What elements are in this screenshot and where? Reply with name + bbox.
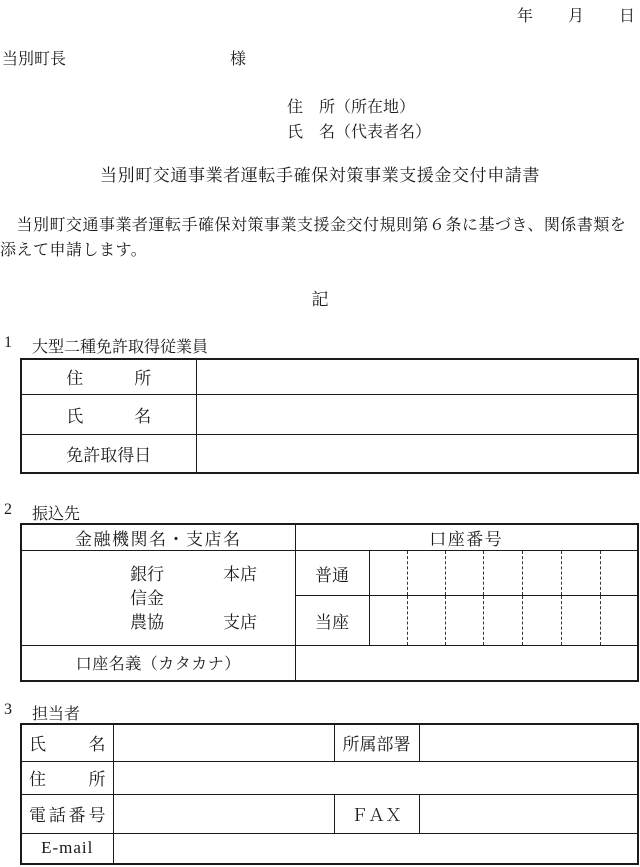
contact-name-field[interactable]	[113, 724, 334, 761]
account-digit-cell[interactable]	[522, 551, 561, 596]
institution-field[interactable]: 銀行 本店 信金 農協 支店	[21, 551, 295, 646]
section2-number: 2	[4, 501, 12, 519]
account-digit-cell[interactable]	[407, 596, 445, 646]
contact-address-field[interactable]	[113, 761, 638, 794]
table-row: E-mail	[21, 833, 638, 864]
employee-name-label: 氏 名	[21, 394, 196, 434]
contact-address-label: 住所	[21, 761, 113, 794]
bank-transfer-table: 金融機関名・支店名 口座番号 銀行 本店 信金 農協 支店 普通	[20, 523, 639, 682]
table-row: 氏 名	[21, 394, 638, 434]
body-paragraph-line2: 添えて申請します。	[0, 237, 147, 260]
honorific-sama: 様	[230, 46, 246, 69]
table-row: 住 所	[21, 359, 638, 394]
account-digit-cell[interactable]	[600, 551, 638, 596]
bank-line: 農協 支店	[22, 613, 295, 633]
email-label: E-mail	[21, 833, 113, 864]
account-digit-cell[interactable]	[483, 596, 522, 646]
applicant-name-label: 氏 名（代表者名）	[287, 119, 431, 142]
addressee-line: 当別町長 様	[0, 46, 640, 68]
body-paragraph-line1: 当別町交通事業者運転手確保対策事業支援金交付規則第６条に基づき、関係書類を	[0, 212, 626, 235]
addressee-mayor: 当別町長	[2, 46, 66, 69]
account-type-current-label: 当座	[295, 596, 369, 646]
institution-type-shinkin: 信金	[130, 589, 164, 609]
account-digit-cell[interactable]	[522, 596, 561, 646]
section1-number: 1	[4, 334, 12, 352]
account-digit-cell[interactable]	[407, 551, 445, 596]
table-header-row: 金融機関名・支店名 口座番号	[21, 524, 638, 551]
table-row: 銀行 本店 信金 農協 支店 普通	[21, 551, 638, 596]
branch-type-head-office: 本店	[223, 565, 257, 585]
department-label: 所属部署	[334, 724, 419, 761]
section3-number: 3	[4, 701, 12, 719]
employee-address-label: 住 所	[21, 359, 196, 394]
contact-table: 氏名 所属部署 住所 電話番号 ＦＡＸ E-mail	[20, 723, 639, 865]
bank-line: 銀行 本店	[22, 565, 295, 585]
account-digit-cell[interactable]	[561, 596, 600, 646]
email-field[interactable]	[113, 833, 638, 864]
section2-heading: 2 振込先	[0, 501, 400, 521]
license-date-field[interactable]	[196, 434, 638, 473]
date-line: 年 月 日	[517, 3, 636, 26]
account-holder-label: 口座名義（カタカナ）	[21, 646, 295, 681]
institution-header: 金融機関名・支店名	[21, 524, 295, 551]
application-form-document: 年 月 日 当別町長 様 住 所（所在地） 氏 名（代表者名） 当別町交通事業者…	[0, 0, 640, 867]
institution-type-nokyo: 農協	[130, 613, 164, 633]
account-digit-cell[interactable]	[561, 551, 600, 596]
branch-type-branch: 支店	[223, 613, 257, 633]
account-digit-cell[interactable]	[445, 596, 483, 646]
institution-type-bank: 銀行	[130, 565, 164, 585]
section1-title: 大型二種免許取得従業員	[32, 334, 208, 357]
applicant-address-label: 住 所（所在地）	[287, 94, 415, 117]
employee-name-field[interactable]	[196, 394, 638, 434]
department-field[interactable]	[419, 724, 638, 761]
account-digit-cell[interactable]	[445, 551, 483, 596]
account-digit-cell[interactable]	[369, 596, 407, 646]
account-digit-cell[interactable]	[483, 551, 522, 596]
table-row: 住所	[21, 761, 638, 794]
phone-label: 電話番号	[21, 794, 113, 833]
account-digit-cell[interactable]	[369, 551, 407, 596]
account-holder-field[interactable]	[295, 646, 638, 681]
table-row: 氏名 所属部署	[21, 724, 638, 761]
table-row: 電話番号 ＦＡＸ	[21, 794, 638, 833]
section3-heading: 3 担当者	[0, 701, 400, 721]
list-marker-ki: 記	[0, 285, 640, 310]
employee-address-field[interactable]	[196, 359, 638, 394]
fax-field[interactable]	[419, 794, 638, 833]
phone-field[interactable]	[113, 794, 334, 833]
fax-label: ＦＡＸ	[334, 794, 419, 833]
section3-title: 担当者	[32, 701, 80, 724]
table-row: 免許取得日	[21, 434, 638, 473]
employee-table: 住 所 氏 名 免許取得日	[20, 358, 639, 474]
bank-line: 信金	[22, 589, 295, 609]
license-date-label: 免許取得日	[21, 434, 196, 473]
section1-heading: 1 大型二種免許取得従業員	[0, 334, 400, 354]
contact-name-label: 氏名	[21, 724, 113, 761]
contact-address-label-text: 住所	[22, 765, 113, 790]
account-number-header: 口座番号	[295, 524, 638, 551]
account-type-ordinary-label: 普通	[295, 551, 369, 596]
account-digit-cell[interactable]	[600, 596, 638, 646]
section2-title: 振込先	[32, 501, 80, 524]
phone-label-text: 電話番号	[22, 801, 113, 826]
contact-name-label-text: 氏名	[22, 730, 113, 755]
table-row: 口座名義（カタカナ）	[21, 646, 638, 681]
document-title: 当別町交通事業者運転手確保対策事業支援金交付申請書	[0, 161, 640, 186]
